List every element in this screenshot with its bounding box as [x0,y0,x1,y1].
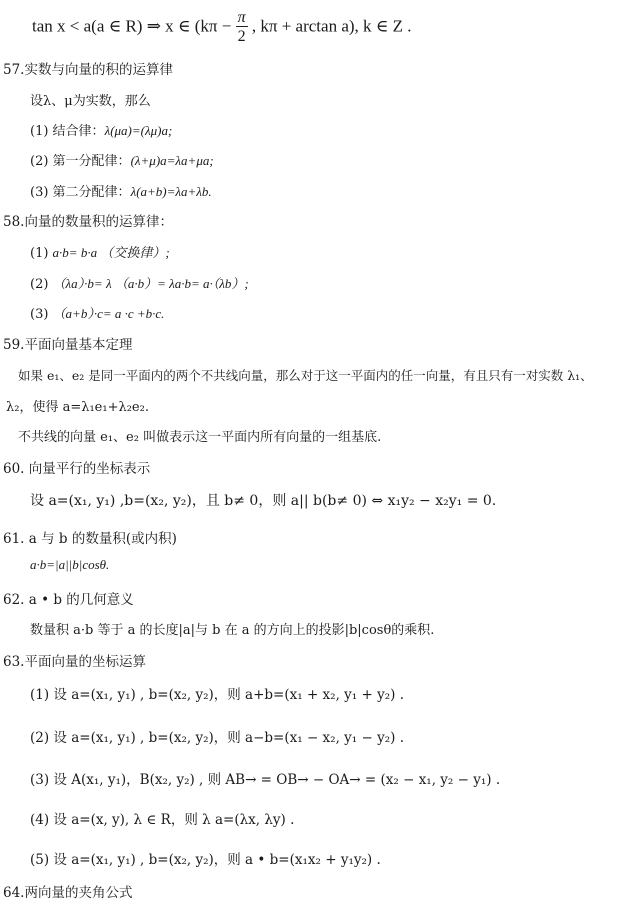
item-label: (2) 第一分配律： [30,154,131,169]
item-formula: (λ+μ)a=λa+μa; [131,153,214,168]
item-formula: λ(a+b)=λa+λb. [131,184,212,199]
section-title: a • b 的几何意义 [29,592,134,608]
section-57-intro: 设λ、μ为实数，那么 [30,90,151,109]
section-60-formula: 设 a=(x₁, y₁) ,b=(x₂, y₂)，且 b≠ 0，则 a|| b(… [30,490,496,510]
item-label: (3) 设 [30,772,71,788]
section-58-item-2: (2) （λa）·b= λ （a·b）= λa·b= a·（λb）; [30,273,249,292]
section-title: 实数与向量的积的运算律 [24,62,173,78]
item-formula: A(x₁, y₁)，B(x₂, y₂) , 则 AB→ = OB→ − OA→ … [71,772,500,788]
item-label: (2) [30,277,53,292]
section-60-heading: 60. 向量平行的坐标表示 [3,457,150,477]
item-formula: λ(μa)=(λμ)a; [105,123,173,138]
section-58-heading: 58.向量的数量积的运算律： [3,210,173,230]
section-59-paragraph-line-1: 如果 e₁、e₂ 是同一平面内的两个不共线向量，那么对于这一平面内的任一向量，有… [18,366,593,384]
section-number: 61. [3,531,24,547]
item-label: (3) 第二分配律： [30,185,131,200]
item-label: (5) 设 [30,852,71,868]
section-59-paragraph-line-2: λ₂，使得 a=λ₁e₁+λ₂e₂. [6,396,149,415]
section-59-heading: 59.平面向量基本定理 [3,333,132,353]
section-63-heading: 63.平面向量的坐标运算 [3,650,146,670]
item-formula: （a+b）·c= a ·c +b·c. [53,306,165,321]
section-number: 62. [3,592,24,608]
section-63-item-3: (3) 设 A(x₁, y₁)，B(x₂, y₂) , 则 AB→ = OB→ … [30,768,500,788]
section-number: 58. [3,214,24,230]
item-label: (3) [30,307,53,322]
section-number: 57. [3,62,24,78]
section-title: 两向量的夹角公式 [24,885,132,899]
section-57-heading: 57.实数与向量的积的运算律 [3,58,173,78]
item-formula: a=(x₁, y₁) , b=(x₂, y₂)，则 a • b=(x₁x₂ + … [71,852,381,868]
item-formula: a=(x₁, y₁) , b=(x₂, y₂)，则 a−b=(x₁ − x₂, … [71,730,404,746]
section-number: 59. [3,337,24,353]
item-formula: a=(x₁, y₁) , b=(x₂, y₂)，则 a+b=(x₁ + x₂, … [71,687,404,703]
section-61-formula: a·b=|a||b|cosθ. [30,557,109,573]
section-62-heading: 62. a • b 的几何意义 [3,588,134,608]
section-title: 向量平行的坐标表示 [29,461,151,477]
fraction-denominator: 2 [236,27,248,45]
section-58-item-3: (3) （a+b）·c= a ·c +b·c. [30,303,164,322]
fraction-numerator: π [236,10,248,27]
item-label: (2) 设 [30,730,71,746]
section-57-item-2: (2) 第一分配律：(λ+μ)a=λa+μa; [30,150,214,169]
item-formula: a·b= b·a （交换律）; [53,245,170,260]
section-57-item-3: (3) 第二分配律：λ(a+b)=λa+λb. [30,181,212,200]
item-label: (4) 设 [30,812,71,828]
section-58-item-1: (1) a·b= b·a （交换律）; [30,242,170,261]
top-formula-left: tan x < a(a ∈ R) ⇒ x ∈ (kπ − [32,16,231,35]
section-number: 60. [3,461,24,477]
section-title: a 与 b 的数量积(或内积) [29,531,177,547]
section-63-item-2: (2) 设 a=(x₁, y₁) , b=(x₂, y₂)，则 a−b=(x₁ … [30,726,404,746]
section-number: 64. [3,885,24,899]
item-formula: （λa）·b= λ （a·b）= λa·b= a·（λb）; [53,276,249,291]
section-63-item-5: (5) 设 a=(x₁, y₁) , b=(x₂, y₂)，则 a • b=(x… [30,848,381,868]
item-label: (1) 设 [30,687,71,703]
section-59-paragraph-line-3: 不共线的向量 e₁、e₂ 叫做表示这一平面内所有向量的一组基底. [18,426,381,445]
section-57-item-1: (1) 结合律：λ(μa)=(λμ)a; [30,120,172,139]
section-61-heading: 61. a 与 b 的数量积(或内积) [3,527,177,547]
section-title: 平面向量的坐标运算 [24,654,146,670]
item-formula: a=(x, y), λ ∈ R，则 λ a=(λx, λy) . [71,812,294,828]
section-title: 平面向量基本定理 [24,337,132,353]
item-label: (1) [30,246,53,261]
top-formula: tan x < a(a ∈ R) ⇒ x ∈ (kπ − π 2 , kπ + … [32,10,412,45]
item-label: (1) 结合律： [30,124,105,139]
top-formula-right: , kπ + arctan a), k ∈ Z . [252,16,412,35]
section-number: 63. [3,654,24,670]
pi-over-2-fraction: π 2 [236,10,248,45]
section-63-item-4: (4) 设 a=(x, y), λ ∈ R，则 λ a=(λx, λy) . [30,808,294,828]
section-62-paragraph: 数量积 a·b 等于 a 的长度|a|与 b 在 a 的方向上的投影|b|cos… [30,619,434,638]
section-63-item-1: (1) 设 a=(x₁, y₁) , b=(x₂, y₂)，则 a+b=(x₁ … [30,683,404,703]
section-64-heading: 64.两向量的夹角公式 [3,881,132,899]
section-title: 向量的数量积的运算律： [24,214,173,230]
